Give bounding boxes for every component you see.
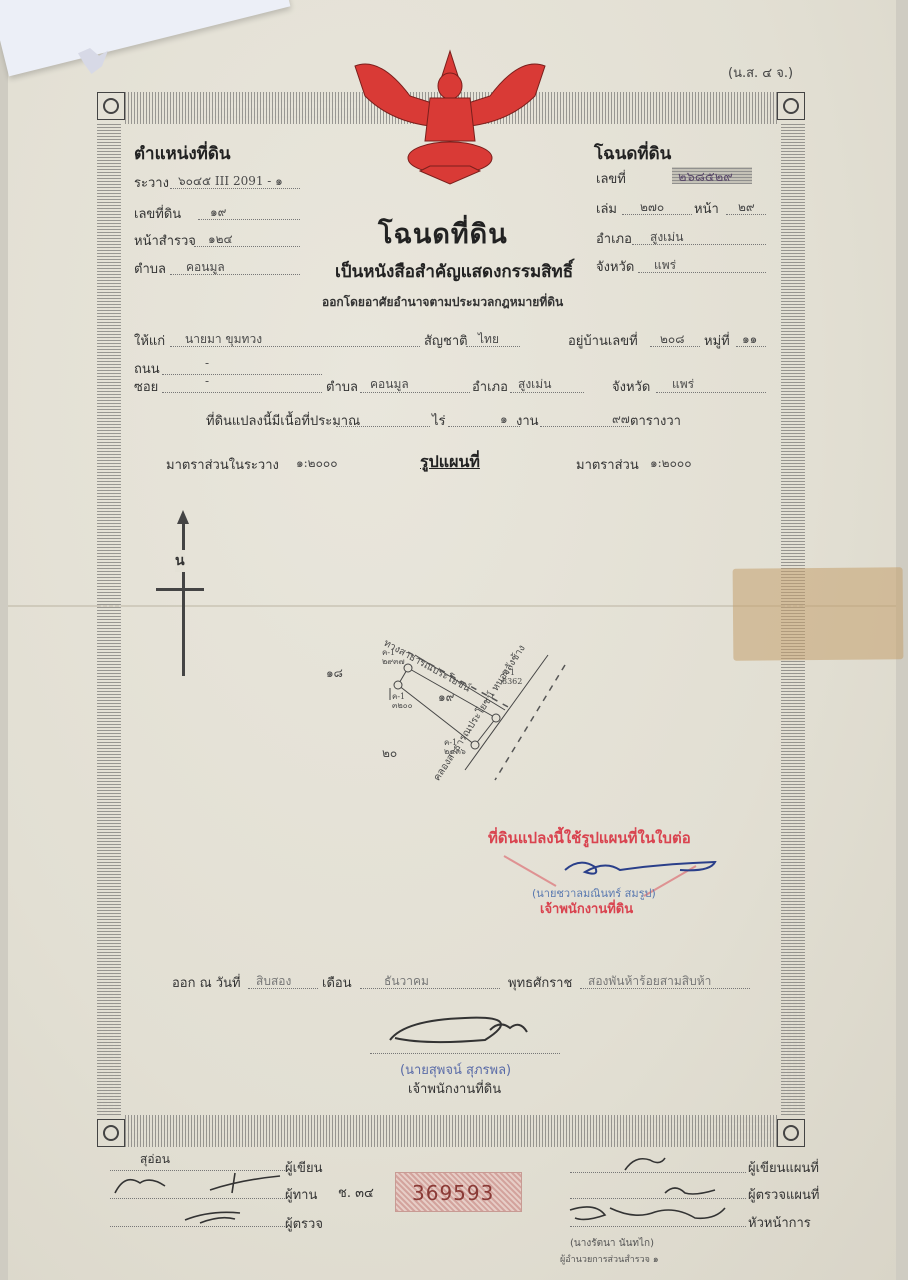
issue-month-label: เดือน (322, 972, 352, 993)
document-title: โฉนดที่ดิน (378, 212, 508, 255)
map-title: รูปแผนที่ (420, 450, 480, 475)
garuda-emblem-icon (350, 46, 550, 186)
owner-tambon-label: ตำบล (326, 376, 358, 397)
document-subtitle: เป็นหนังสือสำคัญแสดงกรรมสิทธิ์ (335, 258, 573, 285)
to-label: ให้แก่ (134, 330, 165, 351)
rosette-icon (97, 92, 125, 120)
owner-name: นายมา ขุมทวง (185, 330, 262, 349)
head-name: (นางรัตนา นันทไก) (570, 1236, 654, 1251)
map-checker-label: ผู้ตรวจแผนที่ (748, 1184, 819, 1205)
adhesive-tape (733, 567, 904, 660)
amphoe-value: สูงเม่น (650, 228, 683, 247)
serial-number: 369593 (412, 1181, 494, 1205)
rosette-icon (777, 92, 805, 120)
issue-day: สิบสอง (256, 972, 291, 991)
road-value: - (205, 356, 209, 370)
north-arrow-icon (182, 518, 185, 676)
tambon-value: คอนมูล (186, 258, 225, 277)
map-scale-value: ๑:๒๐๐๐ (650, 454, 692, 473)
province-label: จังหวัด (596, 256, 634, 277)
officer-name: (นายสุพจน์ สุภรพล) (400, 1059, 511, 1080)
writer-signature: สุอ่อน (140, 1150, 170, 1169)
area-sqwa: ๙๗ (612, 410, 630, 429)
grid-scale-label: มาตราส่วนในระวาง (166, 454, 279, 475)
land-location-heading: ตำแหน่งที่ดิน (134, 140, 231, 167)
rosette-icon (97, 1119, 125, 1147)
map-scale-label: มาตราส่วน (576, 454, 639, 475)
marker-3: ค-18362 (502, 668, 522, 686)
owner-province-label: จังหวัด (612, 376, 650, 397)
sqwa-label: ตารางวา (630, 410, 681, 431)
survey-page-label: หน้าสำรวจ (134, 230, 196, 251)
grid-scale-value: ๑:๒๐๐๐ (296, 454, 338, 473)
map-attached-stamp: ที่ดินแปลงนี้ใช้รูปแผนที่ในใบต่อ (488, 826, 691, 850)
moo-label: หมู่ที่ (704, 330, 730, 351)
page-value: ๒๙ (738, 198, 755, 217)
marker-2: ค-1๓๒๐๐ (392, 692, 413, 710)
form-code: (น.ส. ๔ จ.) (728, 62, 793, 83)
border-bottom (125, 1115, 777, 1147)
owner-amphoe-label: อำเภอ (472, 376, 508, 397)
ngan-label: งาน (516, 410, 539, 431)
title-deed-heading: โฉนดที่ดิน (594, 140, 671, 167)
deed-number-label: เลขที่ (596, 168, 626, 189)
soi-label: ซอย (134, 376, 158, 397)
grid-sheet-value: ๖๐๔๕ III 2091 - ๑ (178, 172, 283, 191)
rai-label: ไร่ (432, 410, 446, 431)
area-intro: ที่ดินแปลงนี้มีเนื้อที่ประมาณ (206, 410, 360, 431)
inspector-label: ผู้ตรวจ (285, 1213, 323, 1234)
owner-amphoe-value: สูงเม่น (518, 375, 551, 394)
parcel-number: ๑๙ (438, 688, 454, 707)
area-ngan: ๑ (500, 410, 508, 429)
north-label: น (175, 550, 185, 572)
house-number-label: อยู่บ้านเลขที่ (568, 330, 638, 351)
checker-label: ผู้ทาน (285, 1184, 317, 1205)
moo-value: ๑๑ (742, 330, 757, 349)
issue-year: สองพันห้าร้อยสามสิบห้า (588, 972, 711, 991)
map-writer-label: ผู้เขียนแผนที่ (748, 1157, 819, 1178)
nationality-value: ไทย (478, 330, 499, 349)
house-number-value: ๒๐๘ (660, 330, 685, 349)
neighbor-parcel-south: ๒๐ (382, 744, 397, 763)
amphoe-label: อำเภอ (596, 228, 632, 249)
head-signature (565, 1200, 730, 1226)
border-left (97, 124, 121, 1115)
checker-signature (110, 1168, 290, 1198)
rosette-icon (777, 1119, 805, 1147)
tambon-label: ตำบล (134, 258, 166, 279)
document-authority: ออกโดยอาศัยอำนาจตามประมวลกฎหมายที่ดิน (322, 293, 563, 312)
land-number-label: เลขที่ดิน (134, 203, 181, 224)
issue-date-label: ออก ณ วันที่ (172, 972, 241, 993)
marker-1: ค-1๒๙๓๗ (382, 648, 405, 666)
nationality-label: สัญชาติ (424, 330, 468, 351)
volume-value: ๒๗๐ (640, 198, 664, 217)
writer-label: ผู้เขียน (285, 1157, 322, 1178)
province-value: แพร่ (654, 256, 676, 275)
neighbor-parcel-north: ๑๘ (326, 664, 343, 683)
issue-month: ธันวาคม (384, 972, 429, 991)
soi-value: - (205, 374, 209, 388)
volume-label: เล่ม (596, 198, 617, 219)
head-label: หัวหน้าการ (748, 1212, 811, 1233)
map-writer-signature (620, 1150, 680, 1174)
map-checker-signature (660, 1178, 730, 1200)
north-arrow-crossbar (156, 588, 204, 591)
stamp-official-title: เจ้าพนักงานที่ดิน (540, 898, 633, 919)
marker-4: ค-1๒๔๓๖ (444, 738, 466, 756)
parcel-map (320, 620, 580, 800)
series-code: ช. ๓๔ (338, 1182, 374, 1203)
land-number-value: ๑๙ (210, 203, 226, 222)
officer-title: เจ้าพนักงานที่ดิน (408, 1078, 501, 1099)
grid-sheet-label: ระวาง (134, 172, 169, 193)
issue-year-label: พุทธศักราช (508, 972, 572, 993)
signature-blue (560, 852, 720, 882)
deed-number-value: ๒๖๘๕๒๙ (678, 166, 733, 187)
page-label: หน้า (694, 198, 719, 219)
officer-signature (385, 1010, 535, 1050)
owner-province-value: แพร่ (672, 375, 694, 394)
owner-tambon-value: คอนมูล (370, 375, 409, 394)
survey-page-value: ๑๒๔ (208, 230, 233, 249)
serial-number-box: 369593 (395, 1172, 522, 1212)
head-title: ผู้อำนวยการส่วนสำรวจ ๑ (560, 1252, 659, 1266)
inspector-signature (180, 1205, 260, 1225)
